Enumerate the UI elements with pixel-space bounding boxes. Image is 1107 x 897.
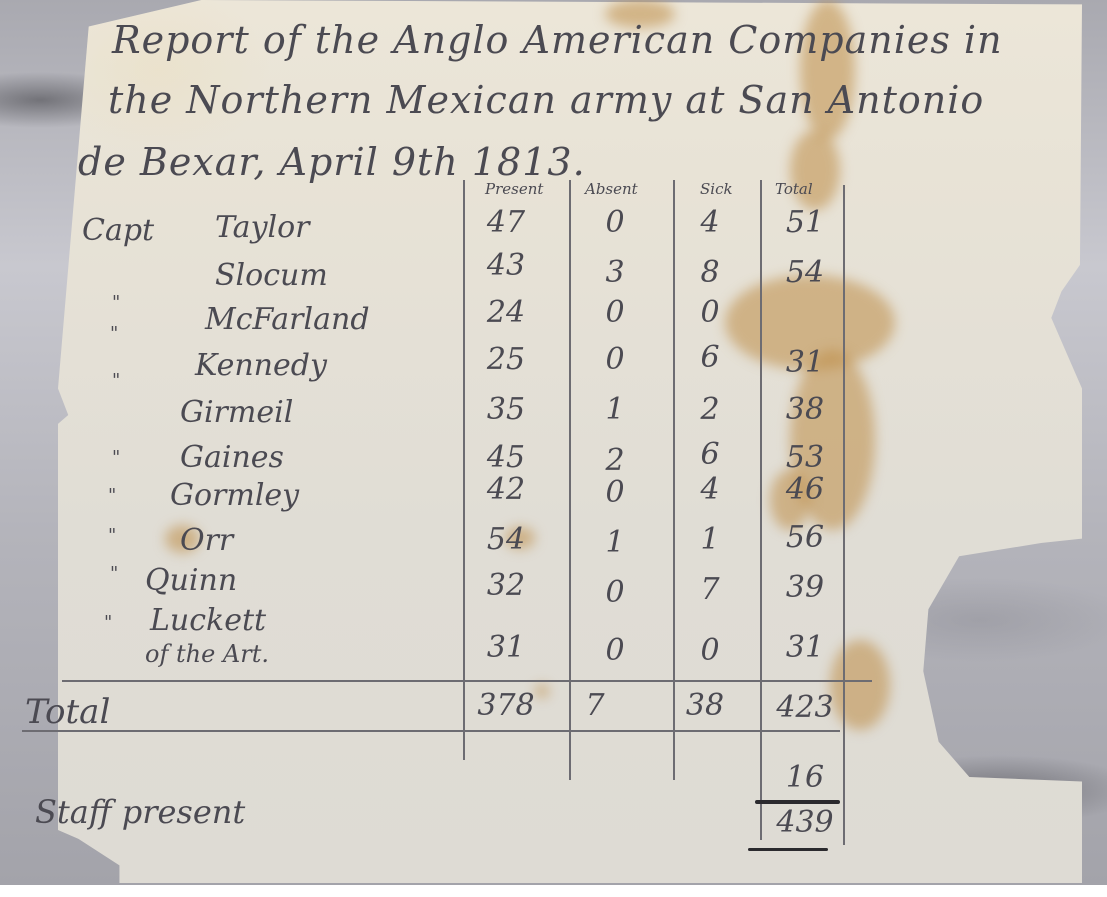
present-value: 24 [466,295,546,330]
row-name: Slocum [215,258,328,293]
ditto-mark: " [108,525,116,546]
sick-value: 4 [670,472,750,507]
present-value: 31 [466,630,546,665]
absent-value: 0 [575,295,655,330]
total-value: 46 [765,472,845,507]
absent-value: 2 [575,443,655,478]
present-value: 54 [466,522,546,557]
sick-value: 4 [670,205,750,240]
column-divider [463,180,465,760]
sick-value: 1 [670,522,750,557]
total-value: 51 [765,205,845,240]
title-line-2: the Northern Mexican army at San Antonio [108,78,984,122]
sick-value: 6 [670,437,750,472]
total-value: 31 [765,630,845,665]
title-line-1: Report of the Anglo American Companies i… [112,18,1003,62]
staff-value: 16 [765,760,845,795]
present-value: 47 [466,205,546,240]
column-header-absent: Absent [585,180,638,198]
absent-value: 0 [575,575,655,610]
row-name: Girmeil [180,395,293,430]
column-header-present: Present [485,180,543,198]
total-absent: 7 [555,688,635,723]
row-name: Luckett [150,603,266,638]
total-top-rule [62,680,872,682]
absent-value: 1 [575,525,655,560]
sick-value: 7 [670,572,750,607]
ditto-mark: " [110,323,118,344]
total-value: 38 [765,392,845,427]
total-value: 56 [765,520,845,555]
total-value: 39 [765,570,845,605]
sick-value: 6 [670,340,750,375]
absent-value: 0 [575,475,655,510]
ditto-mark: " [112,447,120,468]
ditto-mark: " [104,612,112,633]
row-name: Kennedy [195,348,327,383]
sick-value: 0 [670,295,750,330]
row-name: Gormley [170,478,299,513]
total-label: Total [25,692,110,732]
row-name: McFarland [205,302,370,337]
column-header-sick: Sick [700,180,733,198]
total-present: 378 [466,688,546,723]
grand-total-underline [748,848,828,851]
present-value: 25 [466,342,546,377]
sum-underline [755,800,840,804]
ditto-mark: " [112,292,120,313]
title-line-3: de Bexar, April 9th 1813. [78,140,586,184]
absent-value: 0 [575,633,655,668]
grand-total: 439 [765,805,845,840]
absent-value: 0 [575,205,655,240]
present-value: 32 [466,568,546,603]
row-prefix: Capt [82,213,154,248]
sick-value: 8 [670,255,750,290]
total-value: 31 [765,345,845,380]
ditto-mark: " [108,485,116,506]
absent-value: 1 [575,392,655,427]
row-name: Orr [180,523,233,558]
column-header-total: Total [775,180,813,198]
absent-value: 0 [575,342,655,377]
stain [790,130,840,210]
total-value: 54 [765,255,845,290]
total-total: 423 [765,690,845,725]
ditto-mark: " [112,370,120,391]
column-divider [760,180,762,840]
row-name-subtitle: of the Art. [145,640,269,668]
row-name: Taylor [215,210,310,245]
ditto-mark: " [110,563,118,584]
present-value: 43 [466,248,546,283]
present-value: 35 [466,392,546,427]
total-bottom-rule [22,730,840,732]
present-value: 42 [466,472,546,507]
row-name: Gaines [180,440,284,475]
total-sick: 38 [665,688,745,723]
present-value: 45 [466,440,546,475]
row-name: Quinn [145,563,237,598]
absent-value: 3 [575,255,655,290]
total-value: 53 [765,440,845,475]
staff-label: Staff present [35,793,245,831]
sick-value: 0 [670,633,750,668]
sick-value: 2 [670,392,750,427]
